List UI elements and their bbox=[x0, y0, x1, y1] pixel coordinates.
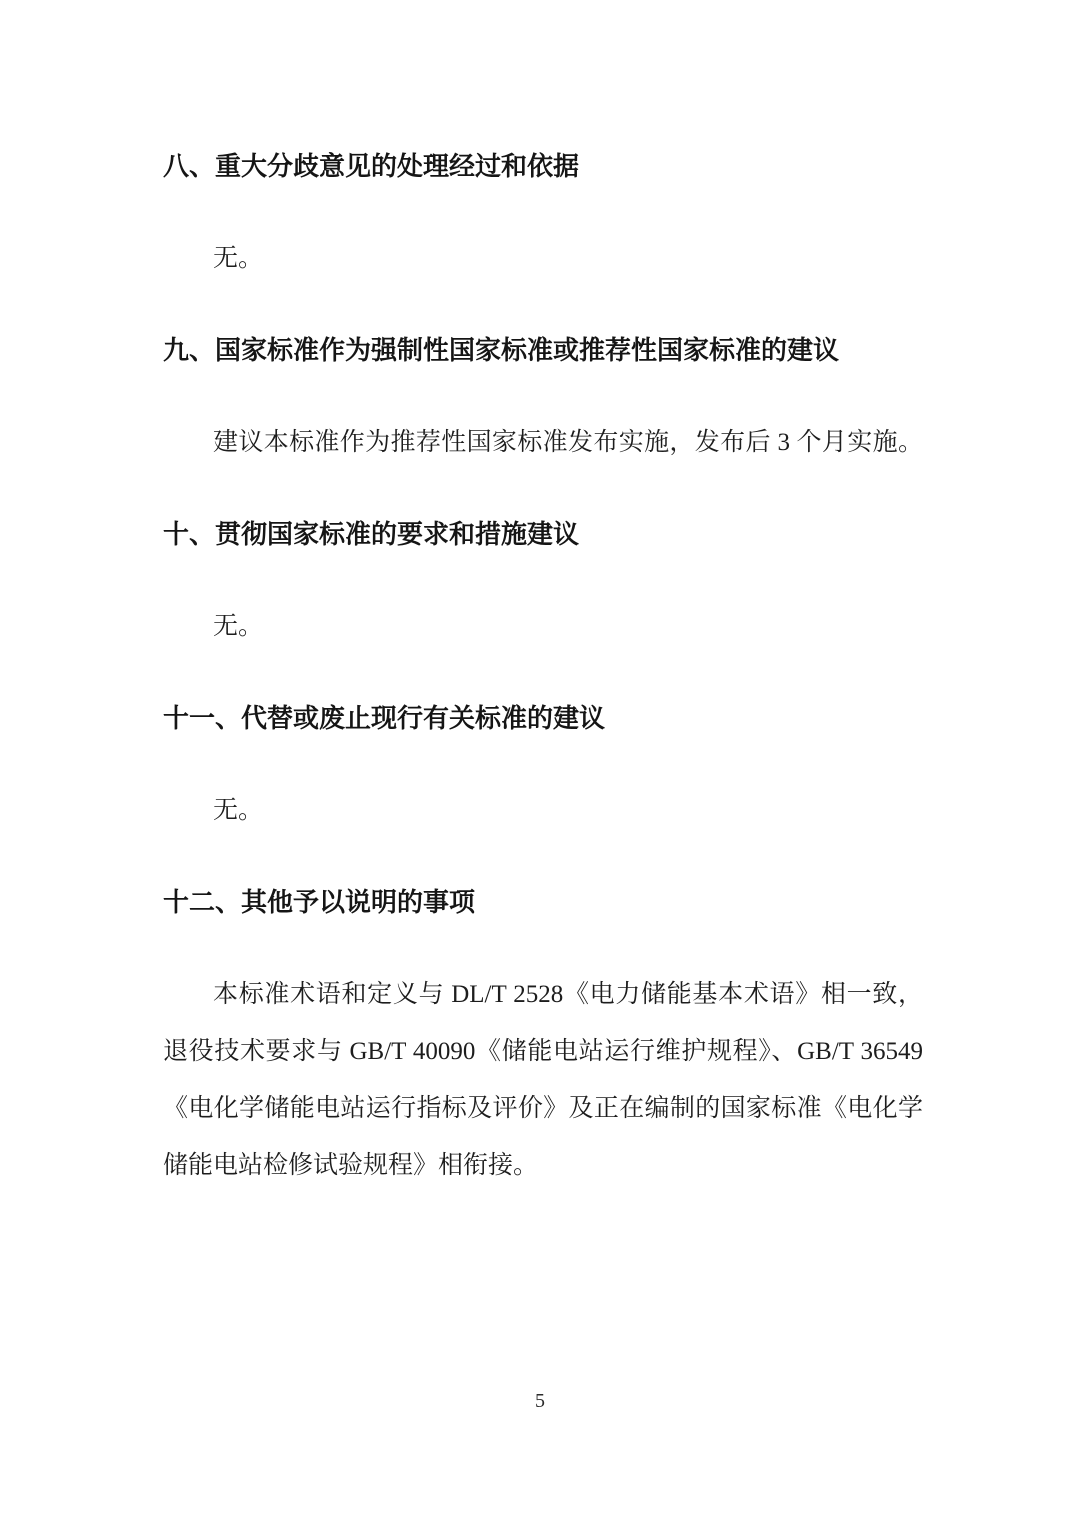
section-12-paragraph: 本标准术语和定义与 DL/T 2528《电力储能基本术语》相一致， 退役技术要求… bbox=[163, 966, 923, 1194]
document-page: 八、重大分歧意见的处理经过和依据 无。 九、国家标准作为强制性国家标准或推荐性国… bbox=[0, 0, 1080, 1527]
text-line: 《电化学储能电站运行指标及评价》及正在编制的国家标准《电化学 bbox=[163, 1080, 923, 1137]
text-line: 本标准术语和定义与 DL/T 2528《电力储能基本术语》相一致， bbox=[163, 966, 923, 1023]
section-heading-12: 十二、其他予以说明的事项 bbox=[163, 874, 923, 931]
text-line: 储能电站检修试验规程》相衔接。 bbox=[163, 1137, 923, 1194]
section-heading-9: 九、国家标准作为强制性国家标准或推荐性国家标准的建议 bbox=[163, 322, 923, 379]
section-heading-11: 十一、代替或废止现行有关标准的建议 bbox=[163, 690, 923, 747]
document-content: 八、重大分歧意见的处理经过和依据 无。 九、国家标准作为强制性国家标准或推荐性国… bbox=[163, 138, 923, 1194]
section-heading-10: 十、贯彻国家标准的要求和措施建议 bbox=[163, 506, 923, 563]
section-8-paragraph: 无。 bbox=[163, 230, 923, 287]
section-10-paragraph: 无。 bbox=[163, 598, 923, 655]
section-heading-8: 八、重大分歧意见的处理经过和依据 bbox=[163, 138, 923, 195]
page-number: 5 bbox=[0, 1390, 1080, 1413]
text-line: 退役技术要求与 GB/T 40090《储能电站运行维护规程》、GB/T 3654… bbox=[163, 1023, 923, 1080]
section-11-paragraph: 无。 bbox=[163, 782, 923, 839]
section-9-paragraph: 建议本标准作为推荐性国家标准发布实施，发布后 3 个月实施。 bbox=[163, 414, 923, 471]
